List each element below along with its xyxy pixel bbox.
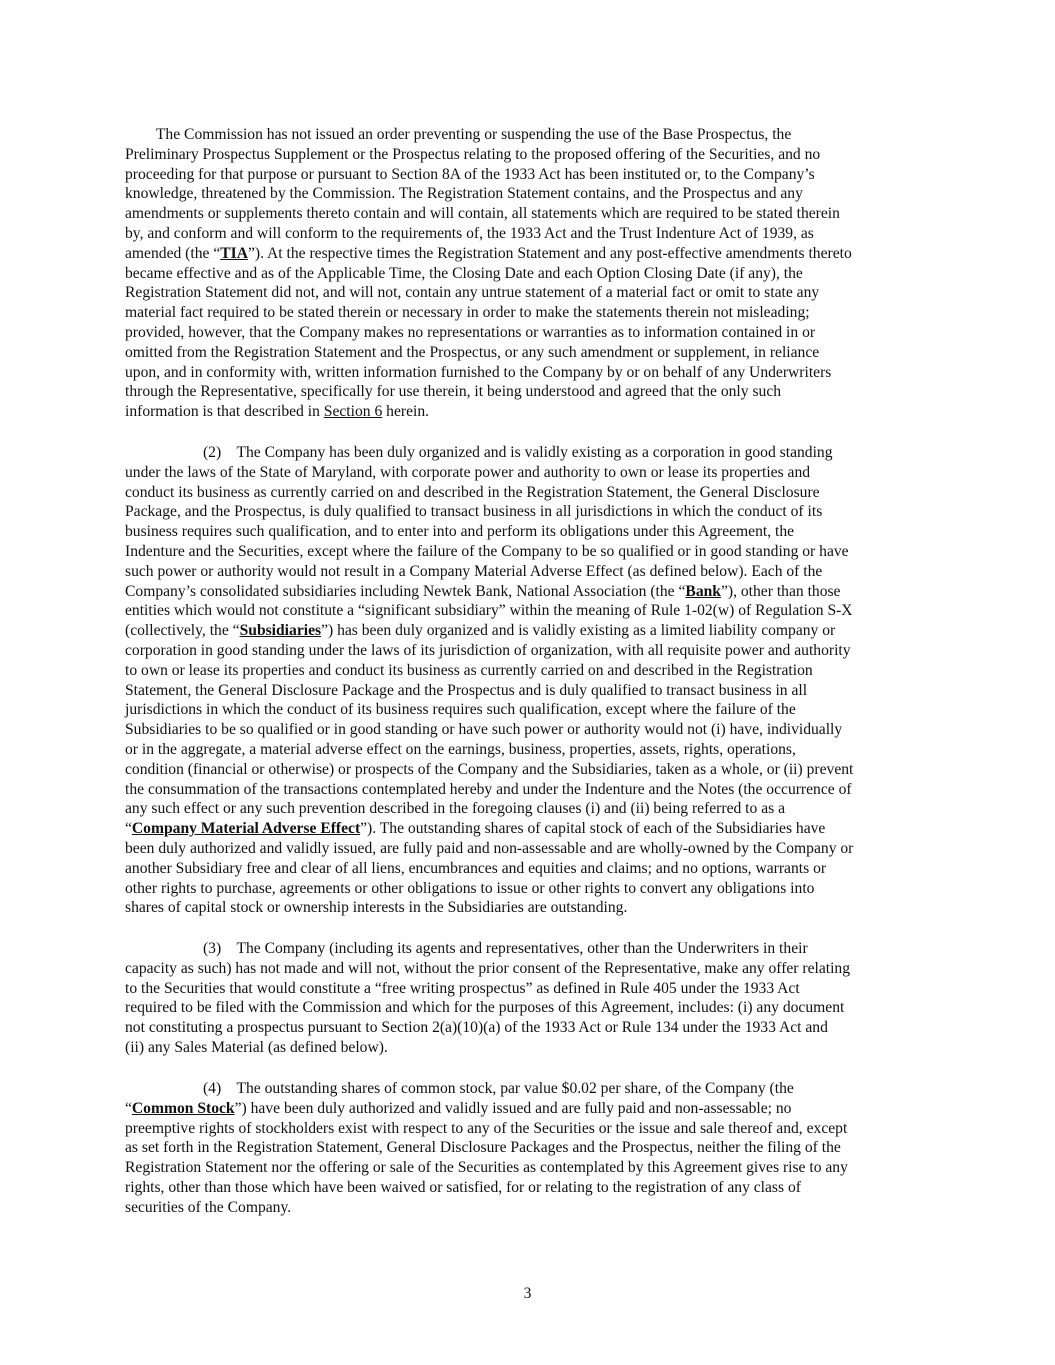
text-run: amended (the “	[125, 245, 220, 262]
defined-term: TIA	[220, 245, 248, 262]
text-run: omitted from the Registration Statement …	[125, 344, 819, 361]
text-run: or in the aggregate, a material adverse …	[125, 741, 796, 758]
text-line: material fact required to be stated ther…	[125, 303, 945, 323]
text-line: Statement, the General Disclosure Packag…	[125, 681, 945, 701]
text-run: been duly authorized and validly issued,…	[125, 840, 853, 857]
text-run: under the laws of the State of Maryland,…	[125, 464, 810, 481]
text-run: capacity as such) has not made and will …	[125, 960, 850, 977]
text-run: ”). At the respective times the Registra…	[248, 245, 852, 262]
text-run: the consummation of the transactions con…	[125, 781, 852, 798]
text-line: rights, other than those which have been…	[125, 1178, 945, 1198]
text-run: entities which would not constitute a “s…	[125, 602, 853, 619]
text-run: became effective and as of the Applicabl…	[125, 265, 803, 282]
text-line: upon, and in conformity with, written in…	[125, 363, 945, 383]
section-reference: Section 6	[324, 403, 382, 420]
defined-term: Subsidiaries	[240, 622, 321, 639]
text-line: or in the aggregate, a material adverse …	[125, 740, 945, 760]
text-run: another Subsidiary free and clear of all…	[125, 860, 826, 877]
text-run: condition (financial or otherwise) or pr…	[125, 761, 853, 778]
document-page: The Commission has not issued an order p…	[0, 0, 1055, 1365]
text-run: (ii) any Sales Material (as defined belo…	[125, 1039, 388, 1056]
text-run: (collectively, the “	[125, 622, 240, 639]
paragraph-commission-order: The Commission has not issued an order p…	[125, 125, 945, 422]
text-line: conduct its business as currently carrie…	[125, 483, 945, 503]
text-run: jurisdictions in which the conduct of it…	[125, 701, 796, 718]
text-run: (2) The Company has been duly organized …	[125, 444, 833, 461]
text-line: required to be filed with the Commission…	[125, 998, 945, 1018]
defined-term: Common Stock	[132, 1100, 235, 1117]
text-line: preemptive rights of stockholders exist …	[125, 1119, 945, 1139]
text-run: The Commission has not issued an order p…	[125, 126, 791, 143]
text-line: by, and conform and will conform to the …	[125, 224, 945, 244]
text-run: provided, however, that the Company make…	[125, 324, 815, 341]
text-line: information is that described in Section…	[125, 402, 945, 422]
text-line: any such effect or any such prevention d…	[125, 799, 945, 819]
text-run: herein.	[382, 403, 429, 420]
text-run: through the Representative, specifically…	[125, 383, 781, 400]
text-line: Indenture and the Securities, except whe…	[125, 542, 945, 562]
text-run: Company’s consolidated subsidiaries incl…	[125, 583, 685, 600]
text-line: provided, however, that the Company make…	[125, 323, 945, 343]
text-line: the consummation of the transactions con…	[125, 780, 945, 800]
text-run: Registration Statement nor the offering …	[125, 1159, 848, 1176]
text-line: became effective and as of the Applicabl…	[125, 264, 945, 284]
text-line: to own or lease its properties and condu…	[125, 661, 945, 681]
text-line: (4) The outstanding shares of common sto…	[125, 1079, 945, 1099]
defined-term: Company Material Adverse Effect	[132, 820, 360, 837]
text-run: securities of the Company.	[125, 1199, 291, 1216]
text-line: omitted from the Registration Statement …	[125, 343, 945, 363]
text-run: not constituting a prospectus pursuant t…	[125, 1019, 828, 1036]
paragraph-4-common-stock: (4) The outstanding shares of common sto…	[125, 1079, 945, 1218]
text-line: (3) The Company (including its agents an…	[125, 939, 945, 959]
text-line: other rights to purchase, agreements or …	[125, 879, 945, 899]
text-run: shares of capital stock or ownership int…	[125, 899, 627, 916]
text-line: shares of capital stock or ownership int…	[125, 898, 945, 918]
text-line: amended (the “TIA”). At the respective t…	[125, 244, 945, 264]
page-number: 3	[0, 1284, 1055, 1304]
text-run: knowledge, threatened by the Commission.…	[125, 185, 803, 202]
text-line: amendments or supplements thereto contai…	[125, 204, 945, 224]
text-line: (collectively, the “Subsidiaries”) has b…	[125, 621, 945, 641]
text-line: as set forth in the Registration Stateme…	[125, 1138, 945, 1158]
text-line: condition (financial or otherwise) or pr…	[125, 760, 945, 780]
text-line: knowledge, threatened by the Commission.…	[125, 184, 945, 204]
text-run: as set forth in the Registration Stateme…	[125, 1139, 841, 1156]
text-run: any such effect or any such prevention d…	[125, 800, 785, 817]
text-run: ”), other than those	[721, 583, 841, 600]
text-line: (ii) any Sales Material (as defined belo…	[125, 1038, 945, 1058]
text-line: (2) The Company has been duly organized …	[125, 443, 945, 463]
text-line: Registration Statement nor the offering …	[125, 1158, 945, 1178]
text-line: been duly authorized and validly issued,…	[125, 839, 945, 859]
text-line: not constituting a prospectus pursuant t…	[125, 1018, 945, 1038]
text-run: Indenture and the Securities, except whe…	[125, 543, 849, 560]
text-run: corporation in good standing under the l…	[125, 642, 851, 659]
text-run: proceeding for that purpose or pursuant …	[125, 166, 815, 183]
text-line: Company’s consolidated subsidiaries incl…	[125, 582, 945, 602]
text-line: another Subsidiary free and clear of all…	[125, 859, 945, 879]
paragraph-2-organization: (2) The Company has been duly organized …	[125, 443, 945, 918]
text-run: to own or lease its properties and condu…	[125, 662, 813, 679]
paragraph-3-free-writing-prospectus: (3) The Company (including its agents an…	[125, 939, 945, 1058]
text-run: (4) The outstanding shares of common sto…	[125, 1080, 794, 1097]
text-run: Statement, the General Disclosure Packag…	[125, 682, 807, 699]
text-run: required to be filed with the Commission…	[125, 999, 844, 1016]
defined-term: Bank	[685, 583, 721, 600]
text-run: to the Securities that would constitute …	[125, 980, 800, 997]
text-run: amendments or supplements thereto contai…	[125, 205, 840, 222]
text-run: ”) has been duly organized and is validl…	[321, 622, 835, 639]
text-line: “Common Stock”) have been duly authorize…	[125, 1099, 945, 1119]
text-line: entities which would not constitute a “s…	[125, 601, 945, 621]
text-line: capacity as such) has not made and will …	[125, 959, 945, 979]
text-run: Preliminary Prospectus Supplement or the…	[125, 146, 820, 163]
text-line: proceeding for that purpose or pursuant …	[125, 165, 945, 185]
text-run: preemptive rights of stockholders exist …	[125, 1120, 847, 1137]
text-line: such power or authority would not result…	[125, 562, 945, 582]
text-run: information is that described in	[125, 403, 324, 420]
text-run: “	[125, 820, 132, 837]
text-line: business requires such qualification, an…	[125, 522, 945, 542]
text-run: business requires such qualification, an…	[125, 523, 794, 540]
text-line: corporation in good standing under the l…	[125, 641, 945, 661]
text-run: other rights to purchase, agreements or …	[125, 880, 814, 897]
text-line: The Commission has not issued an order p…	[125, 125, 945, 145]
text-line: Package, and the Prospectus, is duly qua…	[125, 502, 945, 522]
text-line: Preliminary Prospectus Supplement or the…	[125, 145, 945, 165]
text-line: under the laws of the State of Maryland,…	[125, 463, 945, 483]
text-line: Subsidiaries to be so qualified or in go…	[125, 720, 945, 740]
text-run: ”) have been duly authorized and validly…	[235, 1100, 792, 1117]
text-run: rights, other than those which have been…	[125, 1179, 801, 1196]
text-run: Subsidiaries to be so qualified or in go…	[125, 721, 842, 738]
text-run: “	[125, 1100, 132, 1117]
text-run: by, and conform and will conform to the …	[125, 225, 814, 242]
text-run: ”). The outstanding shares of capital st…	[360, 820, 825, 837]
text-line: through the Representative, specifically…	[125, 382, 945, 402]
text-line: securities of the Company.	[125, 1198, 945, 1218]
text-line: “Company Material Adverse Effect”). The …	[125, 819, 945, 839]
text-run: such power or authority would not result…	[125, 563, 822, 580]
text-run: material fact required to be stated ther…	[125, 304, 810, 321]
text-run: upon, and in conformity with, written in…	[125, 364, 831, 381]
text-line: Registration Statement did not, and will…	[125, 283, 945, 303]
text-run: Registration Statement did not, and will…	[125, 284, 819, 301]
text-line: jurisdictions in which the conduct of it…	[125, 700, 945, 720]
text-run: conduct its business as currently carrie…	[125, 484, 820, 501]
text-line: to the Securities that would constitute …	[125, 979, 945, 999]
text-run: Package, and the Prospectus, is duly qua…	[125, 503, 822, 520]
text-run: (3) The Company (including its agents an…	[125, 940, 808, 957]
